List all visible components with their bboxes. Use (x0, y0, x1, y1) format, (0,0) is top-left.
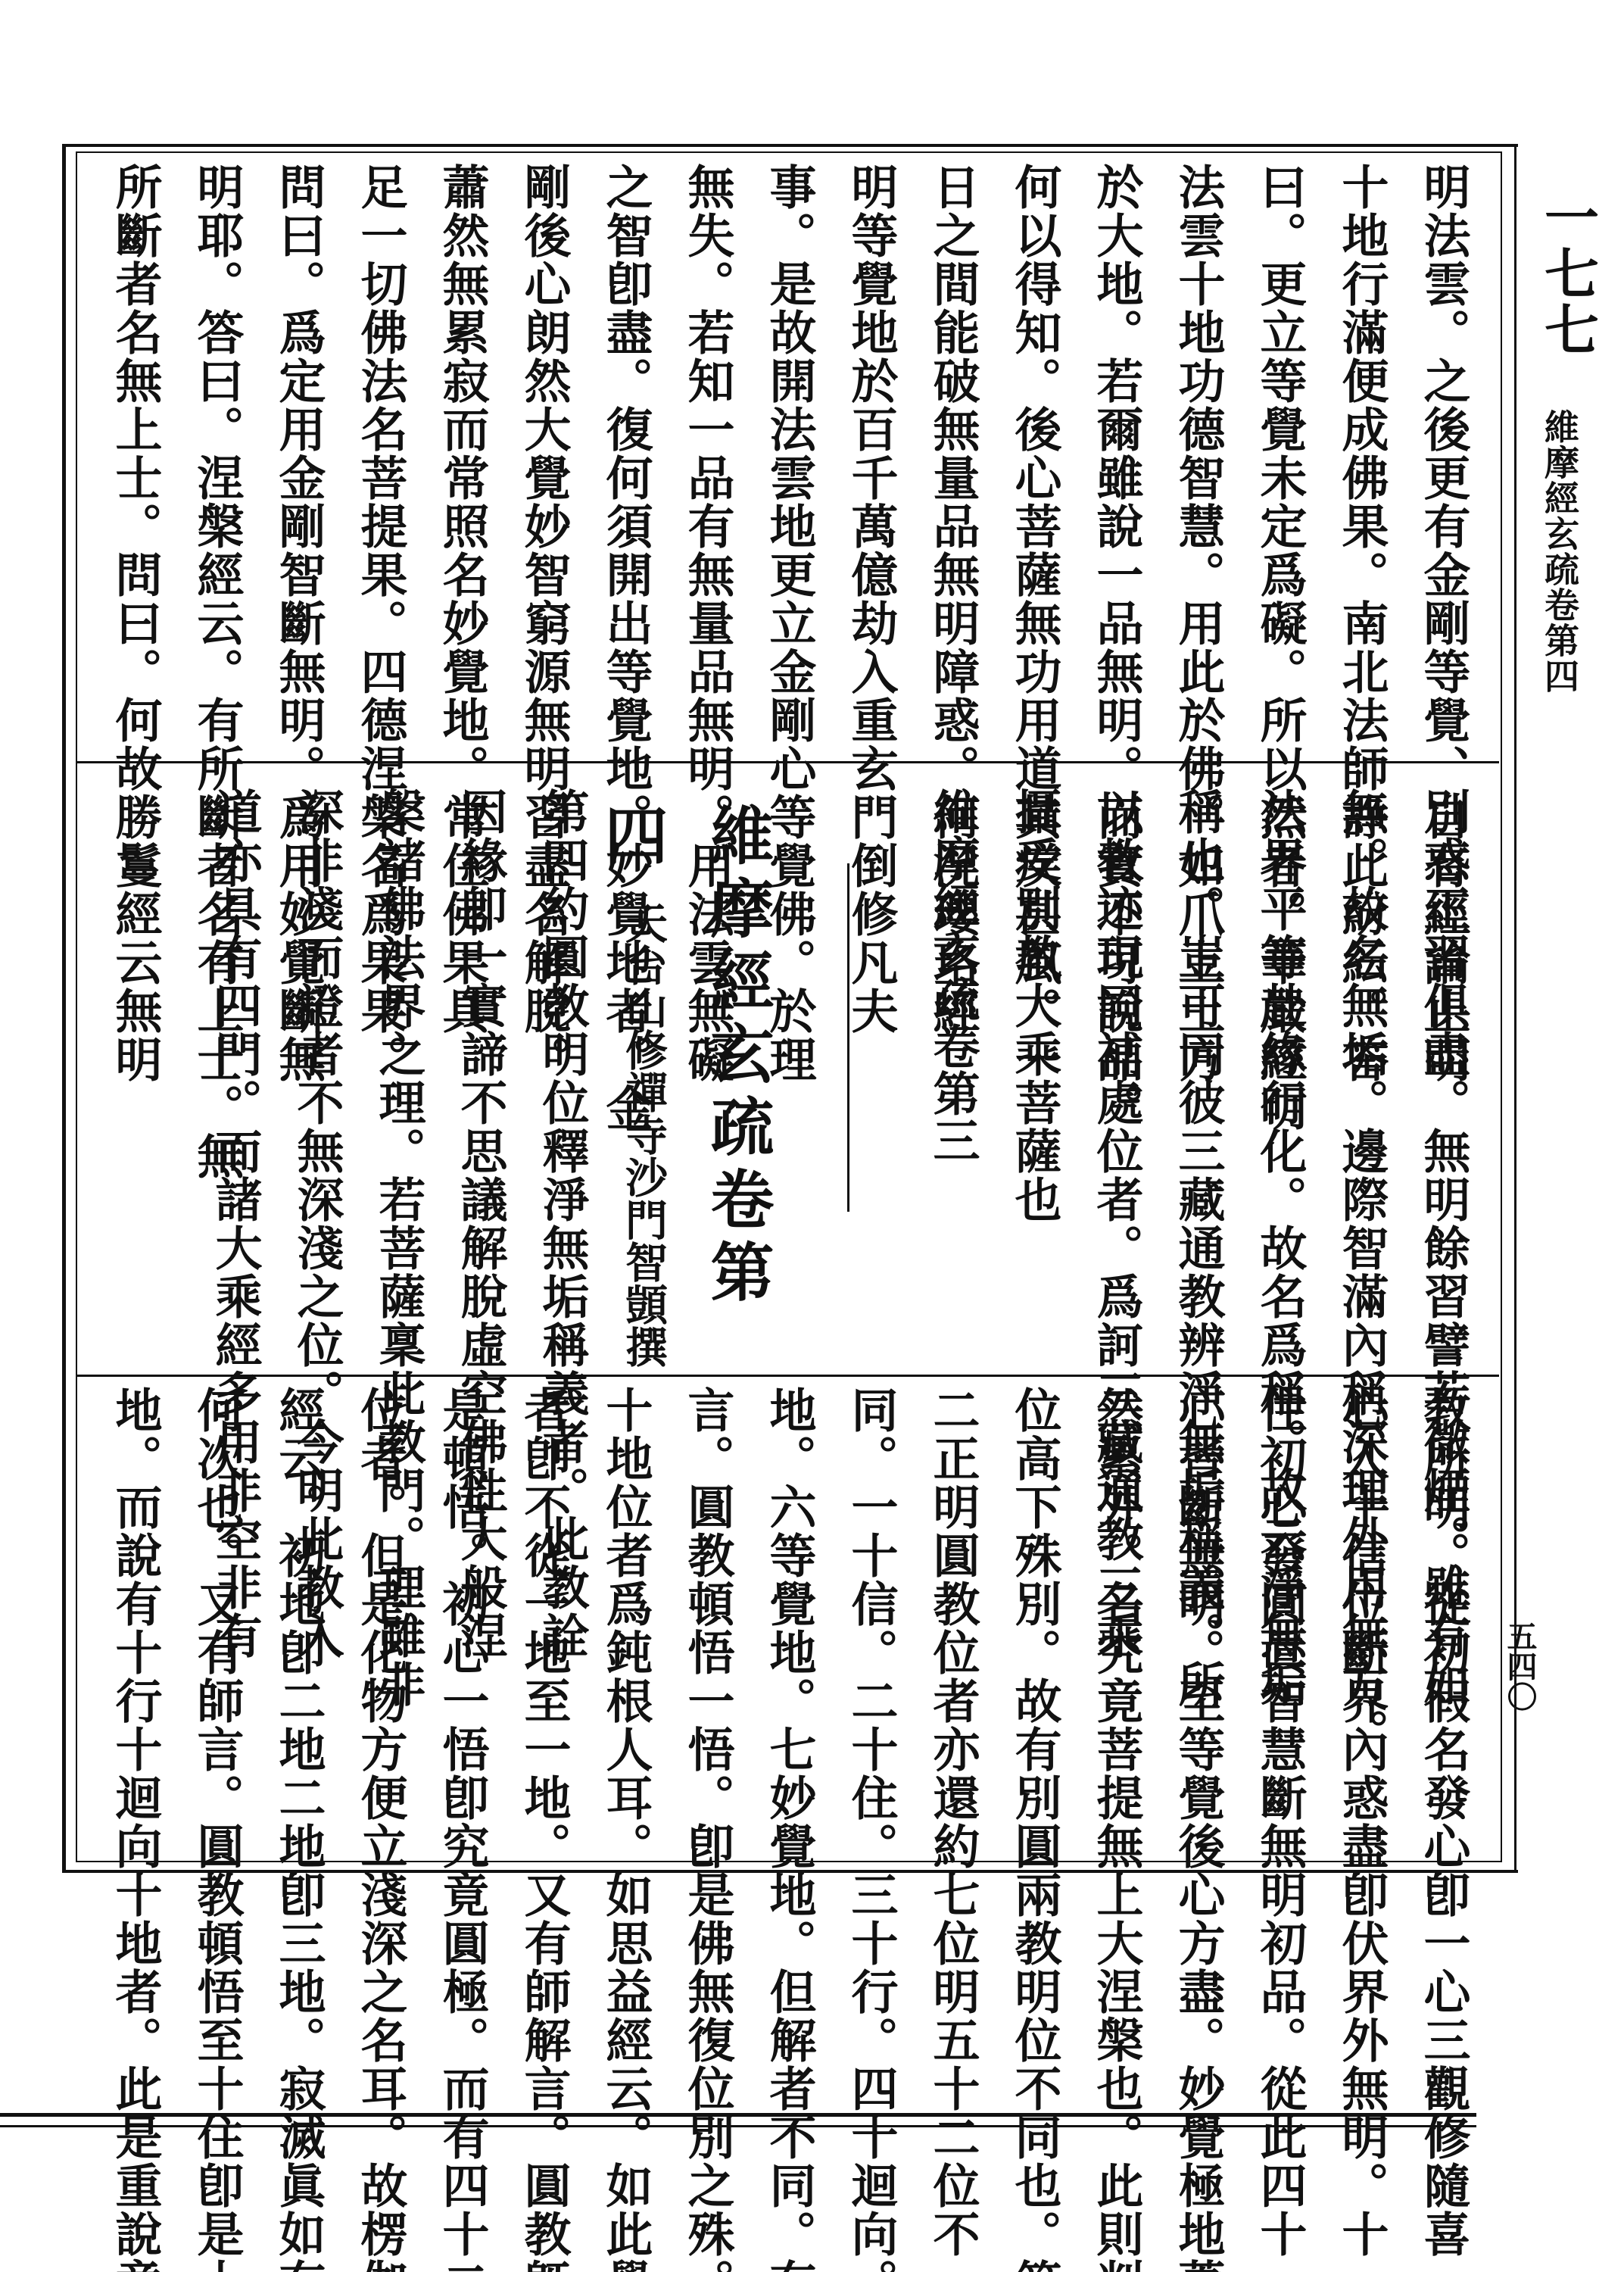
text-column: 心皆斷無明。至等覺後心方盡。妙覺極地蕭 (1157, 1386, 1239, 1840)
text-column: 明等覺地於百千萬億劫入重玄門倒修凡夫 (830, 163, 912, 746)
bottom-rule (0, 2113, 1476, 2117)
text-column: 地。而說有十行十迴向十地者。此是重說意 (94, 1386, 176, 1840)
text-column: 於大地。若爾雖說一品無明。而實不可說品。 (1075, 163, 1157, 746)
text-column: 何以得知。後心菩薩無功用道其疾甚風。一 (993, 163, 1075, 746)
running-title: 維摩經玄疏卷第四 (1537, 409, 1582, 694)
text-column: 剛後心朗然大覺妙智窮源無明習盡名解脫。 (503, 163, 584, 746)
text-column: 地。六等覺地。七妙覺地。但解者不同。有師 (748, 1386, 830, 1840)
text-column: 位高下殊別。故有別圓兩教明位不同也。第 (993, 1386, 1075, 1840)
text-column: 言。圓教頓悟一悟。卽是佛無復位別之殊。說 (666, 1386, 748, 1840)
top-text-band: 明法雲。之後更有金剛等覺、自有經論止明 十地行滿便成佛果。南北法師諍此紛紜。答 … (76, 163, 1499, 746)
text-column: 足一切佛法名菩提果。四德涅槃名爲果果。 (339, 163, 421, 746)
text-column: 無。故名無垢。邊際智滿內稱深理外用無方。 (1320, 788, 1402, 1371)
text-column: 無失。若知一品有無量品無明。用法雲無礙 (666, 163, 748, 746)
text-column: 明法雲。之後更有金剛等覺、自有經論止明 (1402, 163, 1484, 746)
text-column: 蕭然無累寂而常照名妙覺地。常住佛果具 (421, 163, 503, 746)
text-column: 住初心發圓眞智慧斷無明初品。從此四十 (1239, 1386, 1320, 1840)
text-column: 深非淺而證者不無深淺之位。今明此教入 (276, 788, 357, 1371)
text-column: 問曰。爲定用金剛智斷無明。爲用妙覺斷無 (257, 163, 339, 746)
text-column: 十地位者爲鈍根人耳。如思益經云。如此學 (584, 1386, 666, 1840)
section-divider (790, 788, 912, 1371)
text-column: 攝受別教大乘菩薩也 (993, 788, 1075, 1371)
right-margin-rule (1514, 144, 1516, 1871)
text-column: 曰。更立等覺未定爲礙。所以然者。華嚴經明 (1239, 163, 1320, 746)
bottom-text-band: 教所明。從初假名發心卽一心三觀修隨喜 心入十信位斷界內惑盡卽伏界外無明。十 住初… (76, 1386, 1499, 1840)
text-column: 經云。初地卽二地二地卽三地。寂滅眞如有 (257, 1386, 339, 1840)
band-divider-bottom (76, 1375, 1499, 1377)
text-column: 同。一十信。二十住。三十行。四十迴向。五十 (830, 1386, 912, 1840)
volume-title: 維摩經玄疏卷第四 (684, 788, 790, 1371)
previous-volume-end-title: 維摩經玄疏卷第三 (912, 788, 993, 1371)
text-column: 別惑正習俱盡。無明餘習譬若微煙。雖有如 (1402, 788, 1484, 1371)
text-column: 法界平等赴緣行化。故名爲稱。故云淨無垢 (1239, 788, 1320, 1371)
middle-text-band: 別惑正習俱盡。無明餘習譬若微煙。雖有如 無。故名無垢。邊際智滿內稱深理外用無方。… (76, 788, 1499, 1371)
text-column: 事。是故開法雲地更立金剛心等覺佛。於理 (748, 163, 830, 746)
text-column: 以教迹現同補處位者。爲訶三藏通教三乘 (1075, 788, 1157, 1371)
text-column: 何次也。又有師言。圓教頓悟至十住卽是十 (176, 1386, 257, 1840)
text-column: 因緣卽一實諦不思議解脫虛空佛性大般涅 (439, 788, 521, 1371)
band-divider-top (76, 761, 1499, 763)
bottom-rule (0, 2125, 1476, 2127)
text-column: 槃諸佛法界之理。若菩薩稟此教門。理雖非 (357, 788, 439, 1371)
text-column: 是頓悟。初心一悟卽究竟圓極。而有四十二 (421, 1386, 503, 1840)
text-column: 所斷者名無上士。問曰。何故勝鬘經云無明 (94, 163, 176, 746)
text-column: 之智卽盡。復何須開出等覺地。妙覺地者。金 (584, 163, 666, 746)
side-page-number: 五四〇 (1501, 1621, 1538, 1712)
text-column: 日之間能破無量品無明障惑。何況瓔珞經 (912, 163, 993, 746)
text-column: 十地行滿便成佛果。南北法師諍此紛紜。答 (1320, 163, 1402, 746)
text-column: 二正明圓教位者亦還約七位明五十二位不 (912, 1386, 993, 1840)
text-column: 心入十信位斷界內惑盡卽伏界外無明。十 (1320, 1386, 1402, 1840)
text-column: 者卽不從一地至一地。又有師解言。圓教旣 (503, 1386, 584, 1840)
text-column: 稱也。豈可同彼三藏通教辨淨無垢稱義。所 (1157, 788, 1239, 1371)
text-column: 教所明。從初假名發心卽一心三觀修隨喜 (1402, 1386, 1484, 1840)
header-page-number: 一七七 (1529, 189, 1605, 357)
text-column: 法雲十地功德智慧。用此於佛。如爪上土方 (1157, 163, 1239, 746)
page-number: 一七七 (1535, 189, 1599, 357)
text-column: 然累外。名究竟菩提無上大涅槃也。此則判 (1075, 1386, 1157, 1840)
text-column: 位者。但是化物方便立淺深之名耳。故楞伽 (339, 1386, 421, 1840)
divider-line (847, 863, 849, 1212)
text-column: 道亦具有四門。而諸大乘經多用非空非有 (194, 788, 276, 1371)
text-column: 明耶。答曰。涅槃經云。有所斷者名有上士。無 (176, 163, 257, 746)
